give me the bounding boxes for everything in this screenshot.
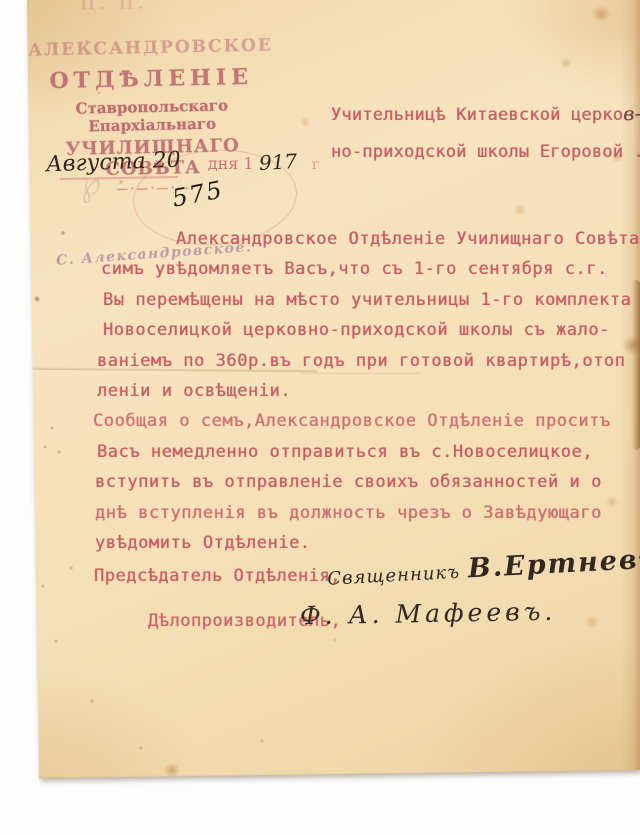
- handwritten-correction: в-: [623, 103, 640, 125]
- clerk-signature: Ф. А. Мафеевъ.: [300, 597, 557, 630]
- typed-line: вступить въ отправленіе своихъ обязаннос…: [95, 467, 640, 497]
- chairman-title: Предсѣдатель Отдѣленія,: [94, 566, 341, 586]
- typed-line: Александровское Отдѣленіе Училищнаго Сов…: [176, 224, 640, 254]
- body-text: Александровское Отдѣленіе Училищнаго Сов…: [96, 224, 640, 558]
- printed-year-suffix: г: [312, 157, 319, 173]
- letterhead-line3: Ставропольскаго Епархіальнаго: [28, 95, 277, 136]
- paper-sheet: Ц. П. АЛЕКСАНДРОВСКОЕ ОТДѢЛЕНІЕ Ставропо…: [0, 0, 640, 835]
- letterhead-line2: ОТДѢЛЕНІЕ: [27, 63, 275, 94]
- typed-line: днѣ вступленія въ должность чрезъ о Завѣ…: [95, 498, 640, 528]
- typed-line: леніи и освѣщеніи.: [97, 376, 640, 406]
- letterhead-stamp-fragment: Ц. П.: [80, 0, 148, 14]
- scanned-letter: Ц. П. АЛЕКСАНДРОВСКОЕ ОТДѢЛЕНІЕ Ставропо…: [0, 0, 640, 835]
- typed-line: симъ увѣдомляетъ Васъ,что съ 1-го сентяб…: [101, 254, 640, 284]
- recipient-line1: Учительницѣ Китаевской церков-: [331, 96, 640, 134]
- typed-line: Сообщая о семъ,Александровское Отдѣленіе…: [93, 406, 640, 436]
- recipient-address: Учительницѣ Китаевской церков- но-приход…: [331, 96, 640, 171]
- recipient-line2: но-приходской школы Егоровой .: [331, 134, 640, 171]
- typed-line: ваніемъ по 360р.въ годъ при готовой квар…: [97, 346, 640, 376]
- typed-line: Вы перемѣщены на мѣсто учительницы 1-го …: [103, 285, 640, 315]
- letterhead-line1: АЛЕКСАНДРОВСКОЕ: [26, 35, 274, 60]
- typed-line: Новоселицкой церковно-приходской школы с…: [103, 315, 640, 345]
- paper-bottom-edge: [32, 769, 640, 783]
- typed-line: Васъ немедленно отправиться въ с.Новосел…: [97, 437, 640, 467]
